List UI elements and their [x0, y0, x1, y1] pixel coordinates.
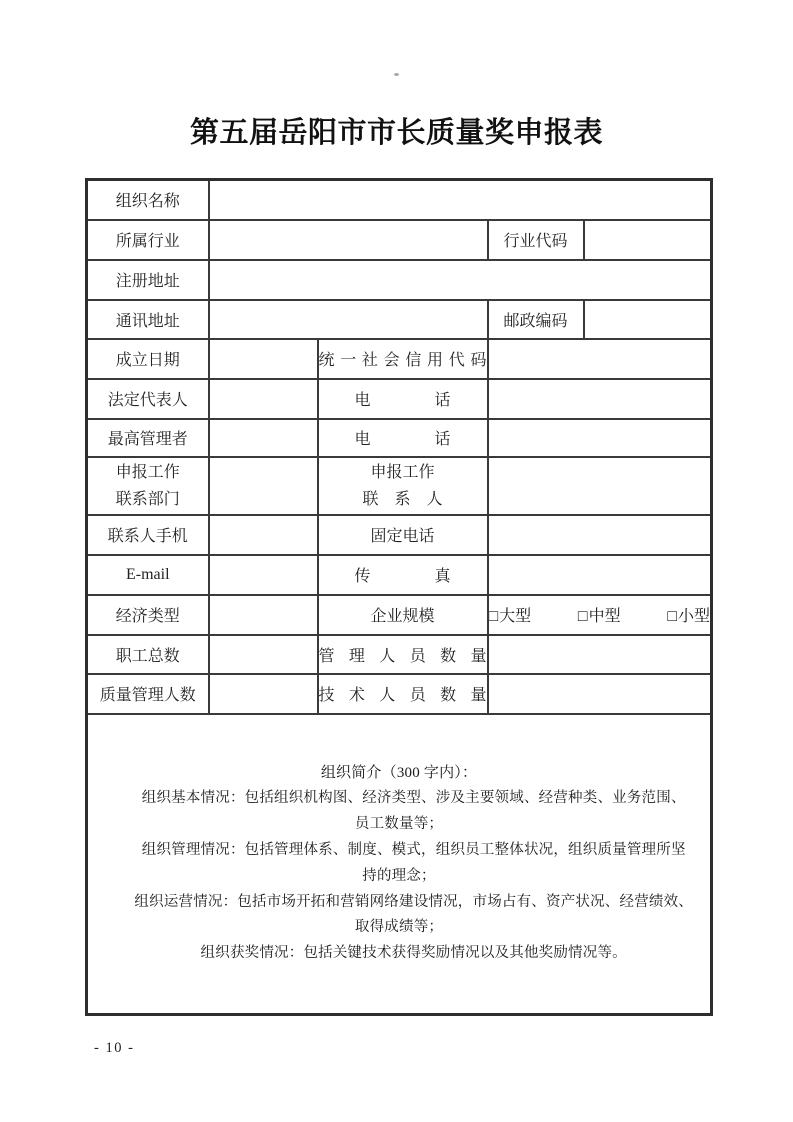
landline-value-cell	[488, 515, 712, 555]
row-mobile: 联系人手机 固定电话	[87, 515, 712, 555]
total-staff-value-cell	[209, 635, 318, 674]
mobile-value-cell	[209, 515, 318, 555]
intro-heading: 组织简介（300 字内）：	[88, 761, 710, 787]
row-legal-rep: 法定代表人 电 话	[87, 379, 712, 419]
mailing-address-label: 通讯地址	[87, 300, 209, 339]
org-intro-cell: 组织简介（300 字内）： 组织基本情况：包括组织机构图、经济类型、涉及主要领域…	[87, 714, 712, 1015]
industry-label: 所属行业	[87, 220, 209, 260]
row-quality-staff: 质量管理人数 技术人员数量	[87, 674, 712, 714]
row-mailing-address: 通讯地址 邮政编码	[87, 300, 712, 339]
row-economic-type: 经济类型 企业规模 □大型 □中型 □小型	[87, 595, 712, 635]
scale-option-large: □大型	[489, 603, 532, 626]
row-contact-dept: 申报工作 联系部门 申报工作 联 系 人	[87, 457, 712, 515]
top-manager-value-cell	[209, 419, 318, 457]
registered-address-label: 注册地址	[87, 260, 209, 300]
org-name-label: 组织名称	[87, 180, 209, 220]
contact-person-label: 申报工作 联 系 人	[318, 457, 488, 515]
scale-option-large-label: 大型	[499, 608, 531, 625]
fax-label: 传 真	[318, 555, 488, 595]
registered-address-value-cell	[209, 260, 712, 300]
row-founding-date: 成立日期 统一社会信用代码	[87, 339, 712, 379]
intro-line: 组织运营情况：包括市场开拓和营销网络建设情况，市场占有、资产状况、经营绩效、	[88, 890, 710, 916]
intro-line: 员工数量等；	[88, 812, 710, 838]
technical-count-label: 技术人员数量	[318, 674, 488, 714]
row-org-name: 组织名称	[87, 180, 712, 220]
email-value-cell	[209, 555, 318, 595]
industry-code-label: 行业代码	[488, 220, 584, 260]
row-top-manager: 最高管理者 电 话	[87, 419, 712, 457]
org-name-value-cell	[209, 180, 712, 220]
enterprise-scale-label: 企业规模	[318, 595, 488, 635]
top-manager-label: 最高管理者	[87, 419, 209, 457]
industry-value-cell	[209, 220, 488, 260]
founding-date-label: 成立日期	[87, 339, 209, 379]
technical-count-value-cell	[488, 674, 712, 714]
legal-rep-label: 法定代表人	[87, 379, 209, 419]
mobile-label: 联系人手机	[87, 515, 209, 555]
row-registered-address: 注册地址	[87, 260, 712, 300]
economic-type-value-cell	[209, 595, 318, 635]
row-org-intro: 组织简介（300 字内）： 组织基本情况：包括组织机构图、经济类型、涉及主要领域…	[87, 714, 712, 1015]
legal-rep-phone-value-cell	[488, 379, 712, 419]
email-label: E-mail	[87, 555, 209, 595]
industry-code-value-cell	[584, 220, 712, 260]
mailing-address-value-cell	[209, 300, 488, 339]
legal-rep-phone-label: 电 话	[318, 379, 488, 419]
checkbox-icon: □	[489, 608, 499, 625]
quality-staff-label: 质量管理人数	[87, 674, 209, 714]
postal-code-label: 邮政编码	[488, 300, 584, 339]
scale-option-medium-label: 中型	[589, 608, 621, 625]
row-total-staff: 职工总数 管理人员数量	[87, 635, 712, 674]
scanned-document-page: 第五届岳阳市市长质量奖申报表 组织名称 所属行业 行业代码 注册地址 通讯地址 …	[0, 0, 793, 1122]
postal-code-value-cell	[584, 300, 712, 339]
legal-rep-value-cell	[209, 379, 318, 419]
intro-line: 组织获奖情况：包括关键技术获得奖励情况以及其他奖励情况等。	[88, 941, 710, 967]
intro-line: 取得成绩等；	[88, 915, 710, 941]
intro-line: 组织基本情况：包括组织机构图、经济类型、涉及主要领域、经营种类、业务范围、	[88, 786, 710, 812]
management-count-label: 管理人员数量	[318, 635, 488, 674]
top-manager-phone-label: 电 话	[318, 419, 488, 457]
document-title: 第五届岳阳市市长质量奖申报表	[0, 112, 793, 154]
scale-option-medium: □中型	[578, 603, 621, 626]
application-form-table: 组织名称 所属行业 行业代码 注册地址 通讯地址 邮政编码 成立日期 统一社会信…	[85, 178, 713, 1016]
page-number: - 10 -	[94, 1040, 134, 1057]
total-staff-label: 职工总数	[87, 635, 209, 674]
credit-code-label: 统一社会信用代码	[318, 339, 488, 379]
intro-line: 组织管理情况：包括管理体系、制度、模式，组织员工整体状况，组织质量管理所坚	[88, 838, 710, 864]
management-count-value-cell	[488, 635, 712, 674]
checkbox-icon: □	[578, 608, 588, 625]
scale-option-small-label: 小型	[678, 608, 710, 625]
credit-code-value-cell	[488, 339, 712, 379]
landline-label: 固定电话	[318, 515, 488, 555]
row-email: E-mail 传 真	[87, 555, 712, 595]
intro-line: 持的理念；	[88, 864, 710, 890]
contact-person-label-line2: 联 系 人	[319, 486, 487, 513]
economic-type-label: 经济类型	[87, 595, 209, 635]
row-industry: 所属行业 行业代码	[87, 220, 712, 260]
contact-dept-value-cell	[209, 457, 318, 515]
scan-artifact-dot	[394, 73, 399, 76]
top-manager-phone-value-cell	[488, 419, 712, 457]
checkbox-icon: □	[667, 608, 677, 625]
contact-dept-label: 申报工作 联系部门	[87, 457, 209, 515]
contact-dept-label-line2: 联系部门	[88, 486, 208, 513]
contact-person-label-line1: 申报工作	[319, 459, 487, 486]
enterprise-scale-options-cell: □大型 □中型 □小型	[488, 595, 712, 635]
fax-value-cell	[488, 555, 712, 595]
founding-date-value-cell	[209, 339, 318, 379]
contact-dept-label-line1: 申报工作	[88, 459, 208, 486]
quality-staff-value-cell	[209, 674, 318, 714]
contact-person-value-cell	[488, 457, 712, 515]
scale-option-small: □小型	[667, 603, 710, 626]
